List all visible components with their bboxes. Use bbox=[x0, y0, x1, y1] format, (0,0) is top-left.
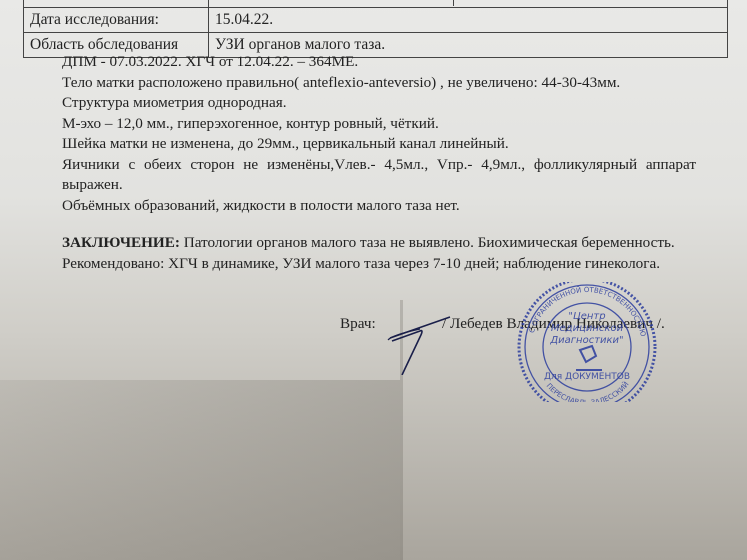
exam-date-value: 15.04.22. bbox=[209, 8, 728, 33]
report-body: ДПМ - 07.03.2022. ХГЧ от 12.04.22. – 364… bbox=[62, 52, 696, 274]
table-cell-label bbox=[24, 0, 209, 8]
finding-line: М-эхо – 12,0 мм., гиперэхогенное, контур… bbox=[62, 114, 696, 135]
doctor-label: Врач: bbox=[340, 315, 376, 332]
table-cell-value bbox=[209, 0, 728, 8]
handwritten-signature-icon bbox=[380, 305, 470, 375]
stamp-center-2: Медицинской bbox=[551, 323, 624, 334]
table-row bbox=[24, 0, 728, 8]
conclusion-label: ЗАКЛЮЧЕНИЕ: bbox=[62, 234, 180, 251]
finding-line: Яичники с обеих сторон не изменёны,Vлев.… bbox=[62, 155, 696, 196]
exam-date-label: Дата исследования: bbox=[24, 8, 209, 33]
stamp-center-1: "Центр bbox=[568, 311, 605, 322]
conclusion: ЗАКЛЮЧЕНИЕ: Патологии органов малого таз… bbox=[62, 233, 696, 254]
stamp-center-3: Диагностики" bbox=[549, 335, 623, 346]
finding-line: Объёмных образований, жидкости в полости… bbox=[62, 196, 696, 217]
organization-stamp-icon: С ОГРАНИЧЕННОЙ ОТВЕТСТВЕННОСТЬЮ ПЕРЕСЛАВ… bbox=[512, 282, 662, 402]
finding-line: Структура миометрия однородная. bbox=[62, 93, 696, 114]
finding-line: Шейка матки не изменена, до 29мм., церви… bbox=[62, 134, 696, 155]
conclusion-text: Патологии органов малого таза не выявлен… bbox=[180, 234, 675, 251]
table-row-exam-date: Дата исследования: 15.04.22. bbox=[24, 8, 728, 33]
table-column-divider bbox=[453, 0, 454, 6]
recommendation: Рекомендовано: ХГЧ в динамике, УЗИ малог… bbox=[62, 254, 696, 275]
stamp-purpose: Для ДОКУМЕНТОВ bbox=[544, 372, 630, 382]
finding-line: Тело матки расположено правильно( antefl… bbox=[62, 73, 696, 94]
paper-shadow bbox=[0, 380, 400, 560]
signature-line: Врач: / Лебедев Владимир Николаевич /. bbox=[340, 315, 376, 333]
exam-info-table: Дата исследования: 15.04.22. Область обс… bbox=[23, 0, 728, 58]
finding-line: ДПМ - 07.03.2022. ХГЧ от 12.04.22. – 364… bbox=[62, 52, 696, 73]
